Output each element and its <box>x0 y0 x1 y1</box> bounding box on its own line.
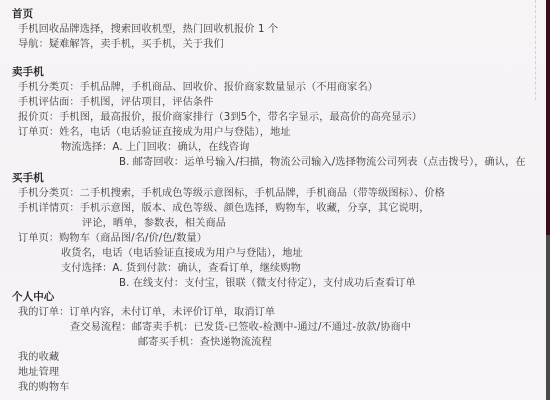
sell-line-evaluation: 手机评估面：手机图，评估项目，评估条件 <box>18 96 213 109</box>
page-edge-shadow-top <box>546 0 550 235</box>
home-line-2: 导航：疑难解答，卖手机，买手机，关于我们 <box>18 38 224 51</box>
sell-line-category: 手机分类页：手机品牌，手机商品、回收价、报价商家数量显示（不用商家名） <box>18 81 378 94</box>
buy-line-category: 手机分类页：二手机搜索，手机成色等级示意图标，手机品牌，手机商品（带等级图标）、… <box>18 187 445 200</box>
buy-line-payment-a: 支付选择：A. 货到付款：确认，查看订单，继续购物 <box>61 262 301 275</box>
personal-line-orders: 我的订单：订单内容，未付订单，未评价订单，取消订单 <box>18 306 275 319</box>
personal-line-buy-flow: 邮寄买手机：查快递物流流程 <box>138 336 272 349</box>
personal-line-cart: 我的购物车 <box>18 381 69 394</box>
sell-line-logistics-a: 物流选择：A. 上门回收：确认，在线咨询 <box>61 141 249 154</box>
section-heading-buy: 买手机 <box>12 172 44 185</box>
personal-line-favorites: 我的收藏 <box>18 351 59 364</box>
buy-line-detail-cont: 评论，晒单，参数表，相关商品 <box>82 217 226 230</box>
personal-line-addresses: 地址管理 <box>18 366 59 379</box>
sell-line-quote: 报价页：手机图，最高报价，报价商家排行（3到5个，带名字显示，最高价的高亮显示） <box>18 111 422 124</box>
personal-line-trade-flow: 查交易流程：邮寄卖手机：已发货-已签收-检测中-通过/不通过-放款/协商中 <box>70 321 411 334</box>
buy-line-payment-b: B. 在线支付：支付宝，银联（微支付待定），支付成功后查看订单 <box>119 277 416 290</box>
section-heading-personal: 个人中心 <box>12 291 54 304</box>
home-line-1: 手机回收品牌选择，搜索回收机型，热门回收机报价 1 个 <box>18 23 278 36</box>
section-heading-sell: 卖手机 <box>12 66 44 79</box>
page-edge-shadow-bottom <box>546 235 550 400</box>
stamp-mark <box>535 0 546 100</box>
buy-line-receiver: 收货名，电话（电话验证直接成为用户与登陆），地址 <box>61 247 303 260</box>
sell-line-order: 订单页：姓名，电话（电话验证直接成为用户与登陆），地址 <box>18 126 291 139</box>
scanned-document-page: 首页 手机回收品牌选择，搜索回收机型，热门回收机报价 1 个 导航：疑难解答，卖… <box>0 0 547 400</box>
section-heading-home: 首页 <box>12 8 33 21</box>
buy-line-order: 订单页：购物车（商品图/名/价/色/数量） <box>18 232 207 245</box>
buy-line-detail: 手机详情页：手机示意图，版本、成色等级、颜色选择，购物车，收藏，分享，其它说明， <box>18 202 430 215</box>
sell-line-logistics-b: B. 邮寄回收：运单号输入/扫描，物流公司输入/选择物流公司列表（点击拨号），确… <box>119 156 526 169</box>
